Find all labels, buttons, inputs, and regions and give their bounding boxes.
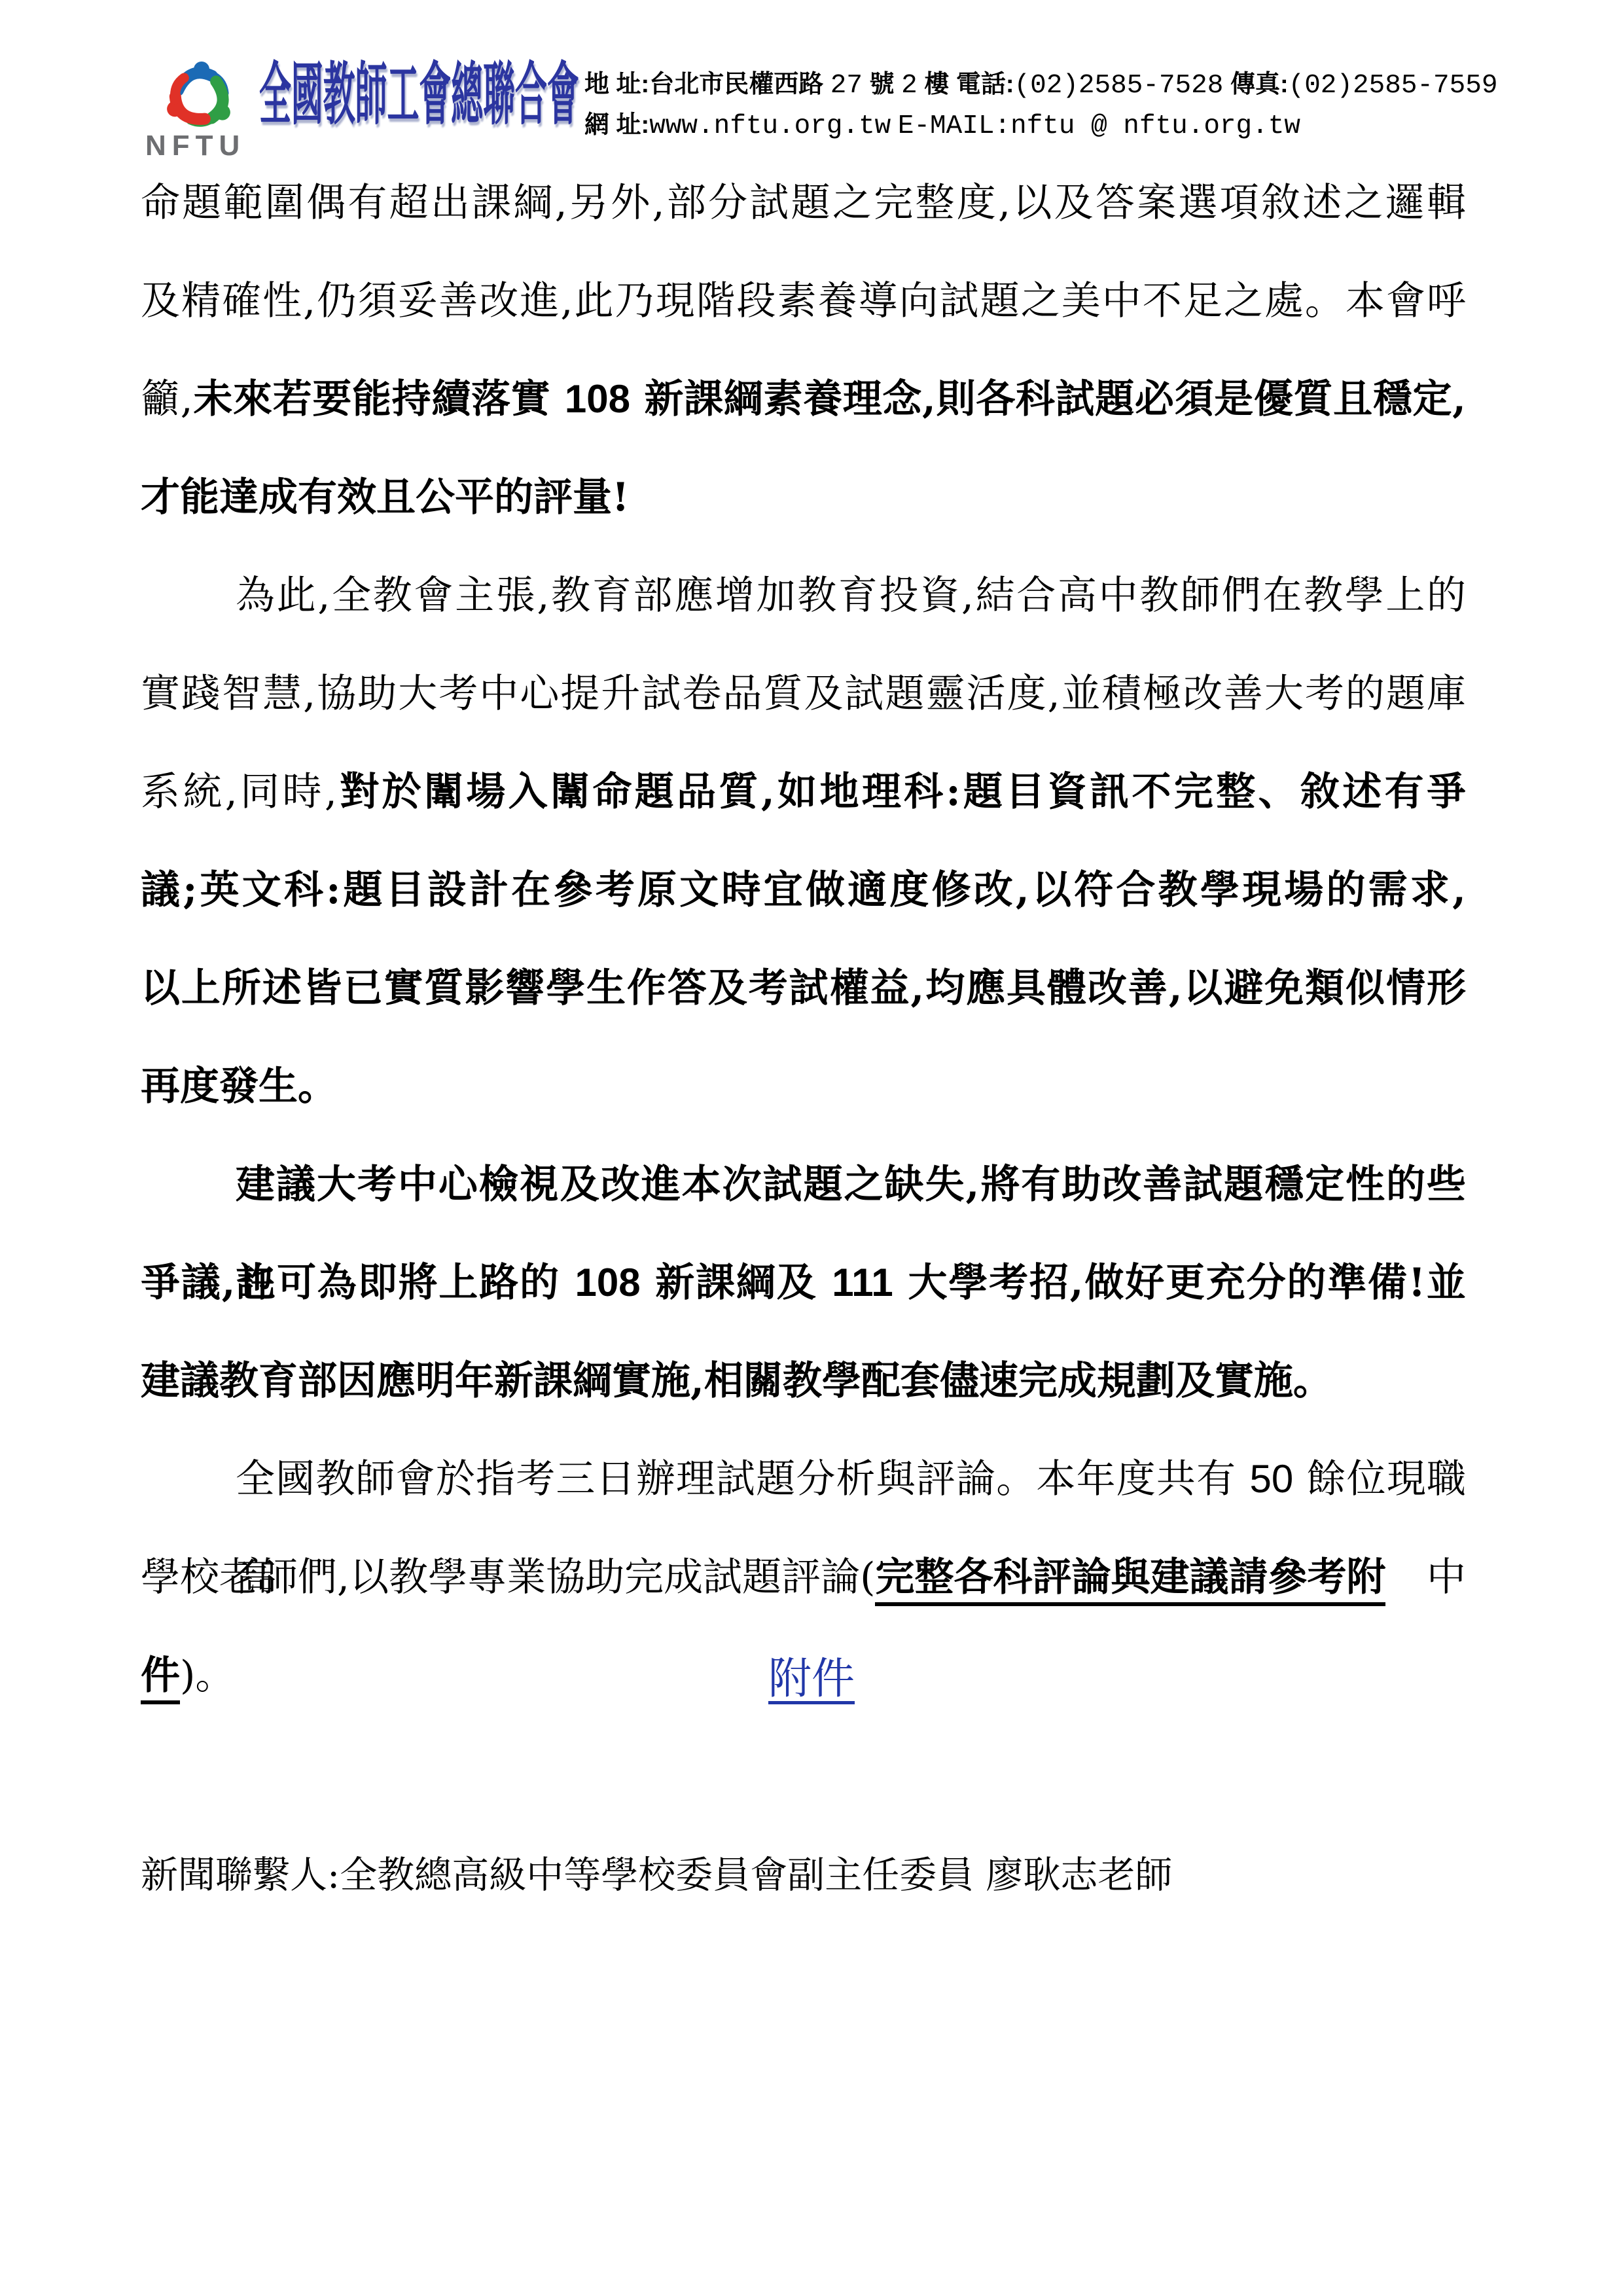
text-run: 系統,同時, bbox=[141, 769, 337, 815]
text-run: 爭議,也可為即將上路的 bbox=[141, 1260, 575, 1306]
press-contact-line: 新聞聯繫人:全教總高級中等學校委員會副主任委員 廖耿志老師 bbox=[141, 1826, 1489, 1924]
nftu-logo-icon bbox=[136, 58, 267, 135]
contact-line-address: 地 址:台北市民權西路 27 號 2 樓 電話:(02)2585-7528 傳真… bbox=[584, 64, 1494, 105]
body-line: 建議教育部因應明年新課綱實施,相關教學配套儘速完成規劃及實施。 bbox=[141, 1332, 1466, 1430]
header-contact: 地 址:台北市民權西路 27 號 2 樓 電話:(02)2585-7528 傳真… bbox=[584, 64, 1494, 145]
text-run: 再度發生。 bbox=[141, 1064, 337, 1109]
text-run: 籲, bbox=[141, 376, 193, 422]
text-run: (02)2585-7559 bbox=[1289, 71, 1498, 101]
text-run: 傳真: bbox=[1230, 71, 1289, 98]
body-line: 全國教師會於指考三日辦理試題分析與評論。本年度共有 50 餘位現職高中 bbox=[141, 1430, 1466, 1528]
text-run: 號 bbox=[863, 71, 901, 98]
body-line: 系統,同時,對於闈場入闈命題品質,如地理科:題目資訊不完整、敘述有爭 bbox=[141, 743, 1466, 841]
body-line: 爭議,也可為即將上路的 108 新課綱及 111 大學考招,做好更充分的準備!並 bbox=[141, 1234, 1466, 1332]
body-line: 實踐智慧,協助大考中心提升試卷品質及試題靈活度,並積極改善大考的題庫 bbox=[141, 645, 1466, 743]
body-line: 再度發生。 bbox=[141, 1037, 1466, 1136]
text-run: 議;英文科:題目設計在參考原文時宜做適度修改,以符合教學現場的需求, bbox=[141, 867, 1466, 913]
contact-line-web: 網 址:www.nftu.org.tw E-MAIL:nftu @ nftu.o… bbox=[584, 105, 1494, 145]
document-page: NFTU 全國教師工會總聯合會 地 址:台北市民權西路 27 號 2 樓 電話:… bbox=[0, 0, 1623, 2296]
text-run: 新課綱及 bbox=[641, 1260, 832, 1306]
text-run: 地 址:台北市民權西路 bbox=[584, 71, 830, 98]
body-line: 籲,未來若要能持續落實 108 新課綱素養理念,則各科試題必須是優質且穩定, bbox=[141, 350, 1466, 448]
body-line: 命題範圍偶有超出課綱,另外,部分試題之完整度,以及答案選項敘述之邏輯 bbox=[141, 154, 1466, 252]
text-run: E-MAIL:nftu @ nftu.org.tw bbox=[898, 111, 1300, 141]
text-run: 樓 bbox=[918, 71, 956, 98]
text-run: 50 bbox=[1250, 1457, 1294, 1501]
text-run: (02)2585-7528 bbox=[1014, 71, 1224, 101]
text-run: 27 bbox=[830, 71, 863, 101]
text-run: 108 bbox=[565, 377, 630, 421]
org-name-calligraphy: 全國教師工會總聯合會 bbox=[259, 55, 579, 134]
body-line: 才能達成有效且公平的評量! bbox=[141, 448, 1466, 547]
text-run bbox=[891, 111, 898, 139]
text-run: 建議教育部因應明年新課綱實施,相關教學配套儘速完成規劃及實施。 bbox=[141, 1358, 1332, 1404]
text-run: 新課綱素養理念,則各科試題必須是優質且穩定, bbox=[630, 376, 1466, 422]
logo-figure-green bbox=[191, 80, 241, 135]
body-line: 議;英文科:題目設計在參考原文時宜做適度修改,以符合教學現場的需求, bbox=[141, 841, 1466, 939]
text-run: 對於闈場入闈命題品質,如地理科:題目資訊不完整、敘述有爭 bbox=[337, 769, 1466, 815]
text-run bbox=[1223, 71, 1230, 98]
text-run: 全國教師會於指考三日辦理試題分析與評論。本年度共有 bbox=[236, 1456, 1250, 1502]
body-line: 學校老師們,以教學專業協助完成試題評論(完整各科評論與建議請參考附件)。 bbox=[141, 1528, 1466, 1626]
text-run: 電話: bbox=[956, 71, 1014, 98]
text-run: www.nftu.org.tw bbox=[649, 111, 891, 141]
text-run: 108 bbox=[575, 1261, 641, 1304]
text-run: 以上所述皆已實質影響學生作答及考試權益,均應具體改善,以避免類似情形 bbox=[141, 965, 1466, 1011]
body-line: 建議大考中心檢視及改進本次試題之缺失,將有助改善試題穩定性的些許 bbox=[141, 1136, 1466, 1234]
text-run: 實踐智慧,協助大考中心提升試卷品質及試題靈活度,並積極改善大考的題庫 bbox=[141, 671, 1466, 717]
text-run: 2 bbox=[901, 71, 918, 101]
text-run: 111 bbox=[832, 1261, 893, 1304]
text-run: 大學考招,做好更充分的準備!並 bbox=[893, 1260, 1466, 1306]
attachment-link-row: 附件 bbox=[0, 1630, 1623, 1728]
body-line: 為此,全教會主張,教育部應增加教育投資,結合高中教師們在教學上的 bbox=[141, 547, 1466, 645]
text-run: 網 址: bbox=[584, 111, 649, 139]
text-run: 學校老師們,以教學專業協助完成試題評論( bbox=[141, 1554, 875, 1600]
text-run: 為此,全教會主張,教育部應增加教育投資,結合高中教師們在教學上的 bbox=[236, 573, 1466, 619]
document-body: 命題範圍偶有超出課綱,另外,部分試題之完整度,以及答案選項敘述之邏輯及精確性,仍… bbox=[141, 154, 1466, 1626]
body-line: 以上所述皆已實質影響學生作答及考試權益,均應具體改善,以避免類似情形 bbox=[141, 939, 1466, 1037]
text-run: 命題範圍偶有超出課綱,另外,部分試題之完整度,以及答案選項敘述之邏輯 bbox=[141, 180, 1466, 226]
attachment-link[interactable]: 附件 bbox=[768, 1653, 855, 1704]
text-run: 及精確性,仍須妥善改進,此乃現階段素養導向試題之美中不足之處。本會呼 bbox=[141, 278, 1466, 324]
body-line: 及精確性,仍須妥善改進,此乃現階段素養導向試題之美中不足之處。本會呼 bbox=[141, 252, 1466, 350]
text-run: 才能達成有效且公平的評量! bbox=[141, 475, 629, 520]
text-run: 未來若要能持續落實 bbox=[193, 376, 565, 422]
